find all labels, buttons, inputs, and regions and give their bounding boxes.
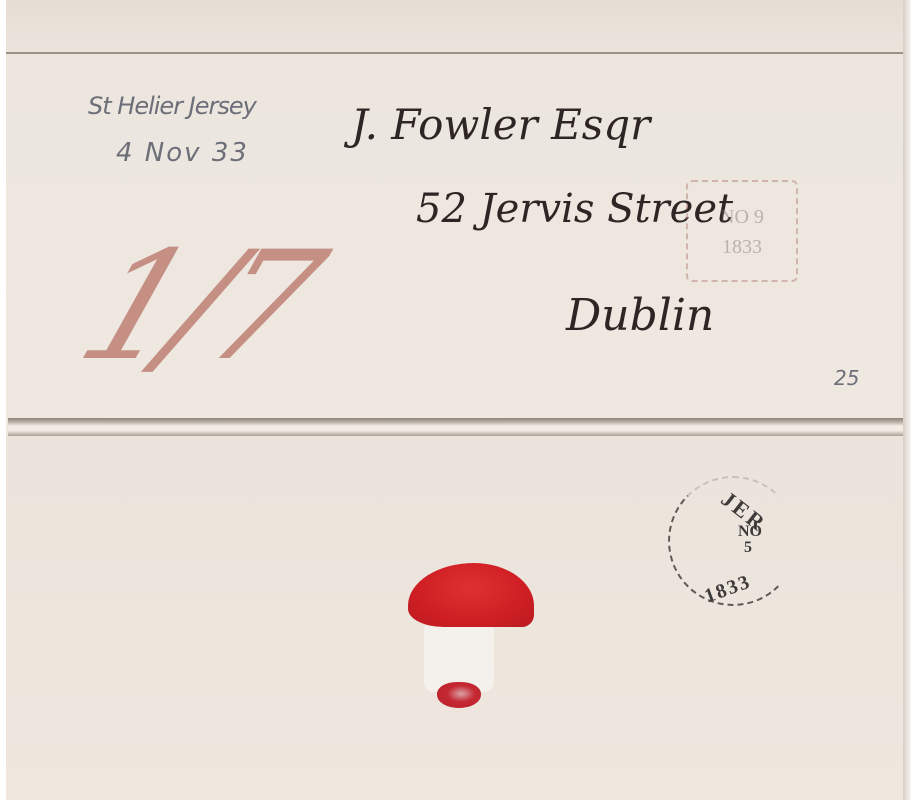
- pencil-note-date: 4 Nov 33: [116, 138, 249, 168]
- circular-datestamp: JER NO 5 1833: [668, 476, 798, 606]
- boxed-datestamp-line1: NO 9: [688, 202, 796, 232]
- boxed-datestamp-line2: 1833: [688, 232, 796, 262]
- pencil-note-place: St Helier Jersey: [88, 92, 256, 120]
- boxed-datestamp: NO 9 1833: [686, 180, 798, 282]
- address-name: J. Fowler Esqr: [351, 100, 650, 149]
- circular-datestamp-date: NO 5: [738, 524, 758, 556]
- circular-datestamp-year: 1833: [702, 570, 755, 608]
- pencil-note-number: 25: [834, 366, 859, 390]
- red-wax-drop: [437, 682, 481, 708]
- address-city: Dublin: [566, 290, 714, 341]
- paper-edge: [903, 0, 911, 800]
- letter-sheet: St Helier Jersey 4 Nov 33 J. Fowler Esqr…: [6, 0, 904, 800]
- fold-crease: [8, 418, 904, 436]
- top-fold-flap: [6, 0, 904, 54]
